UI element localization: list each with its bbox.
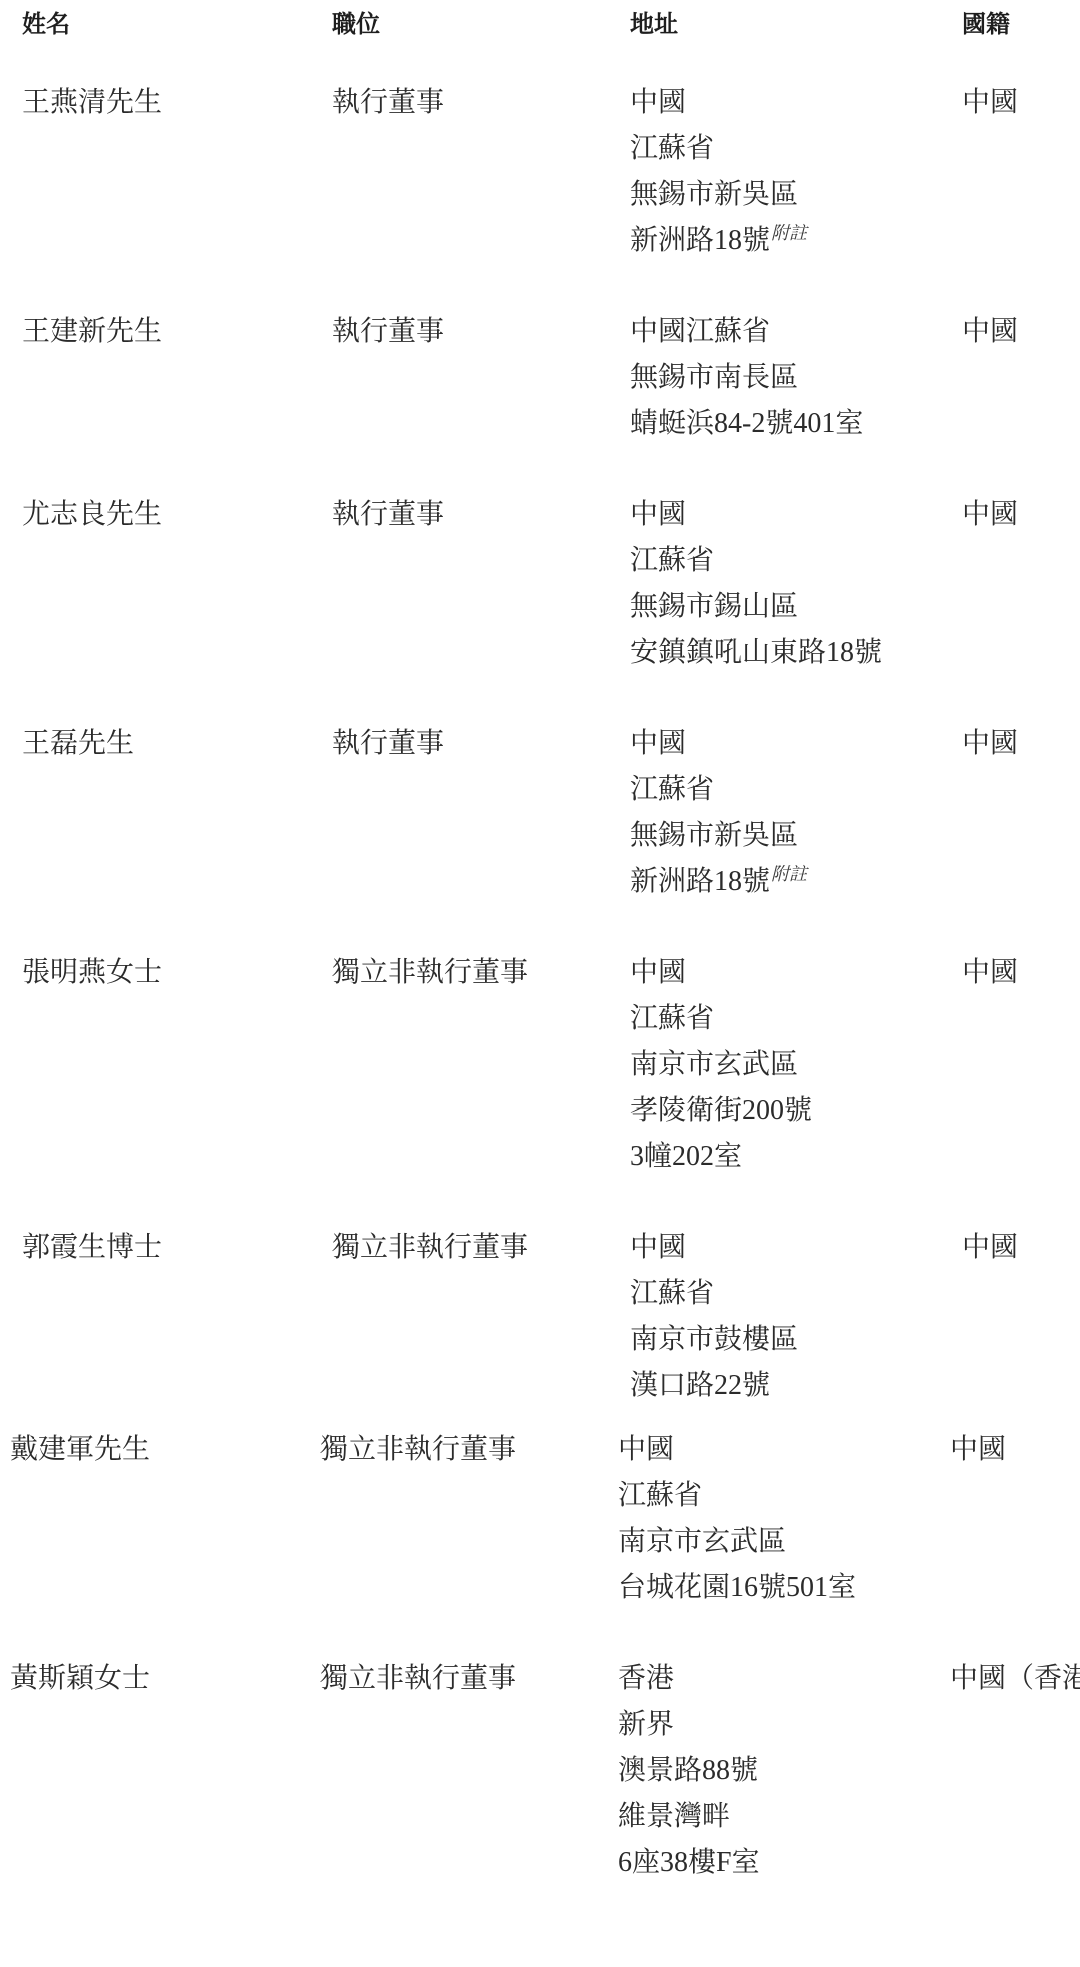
footnote-reference: 附註: [771, 223, 807, 243]
director-position: 執行董事: [332, 80, 630, 264]
address-line: 中國: [630, 950, 962, 996]
director-position: 獨立非執行董事: [320, 1656, 618, 1886]
director-nationality: 中國: [950, 1427, 1068, 1611]
director-name: 戴建軍先生: [10, 1427, 320, 1611]
director-address: 中國江蘇省南京市鼓樓區漢口路22號: [630, 1225, 962, 1409]
address-line: 南京市玄武區: [618, 1519, 950, 1565]
table-row: 張明燕女士 獨立非執行董事 中國江蘇省南京市玄武區孝陵衛街200號3幢202室 …: [0, 950, 1080, 1180]
address-line: 安鎮鎮吼山東路18號: [630, 630, 962, 676]
table-row: 戴建軍先生 獨立非執行董事 中國江蘇省南京市玄武區台城花園16號501室 中國: [0, 1427, 1068, 1611]
address-line: 南京市鼓樓區: [630, 1317, 962, 1363]
director-position: 執行董事: [332, 309, 630, 447]
address-line: 中國: [630, 1225, 962, 1271]
director-position: 獨立非執行董事: [320, 1427, 618, 1611]
director-address: 中國江蘇省南京市玄武區台城花園16號501室: [618, 1427, 950, 1611]
address-line: 新界: [618, 1702, 950, 1748]
director-address: 中國江蘇省無錫市南長區蜻蜓浜84-2號401室: [630, 309, 962, 447]
address-line: 無錫市錫山區: [630, 584, 962, 630]
address-line: 漢口路22號: [630, 1363, 962, 1409]
director-address: 中國江蘇省無錫市新吳區新洲路18號附註: [630, 80, 962, 264]
address-line: 江蘇省: [630, 1271, 962, 1317]
address-line: 蜻蜓浜84-2號401室: [630, 401, 962, 447]
directors-table-page: 姓名 職位 地址 國籍 王燕清先生 執行董事 中國江蘇省無錫市新吳區新洲路18號…: [0, 0, 1080, 1967]
address-line: 中國江蘇省: [630, 309, 962, 355]
director-nationality: 中國: [962, 309, 1080, 447]
address-line: 中國: [630, 492, 962, 538]
address-line: 江蘇省: [618, 1473, 950, 1519]
director-nationality: 中國（香港: [950, 1656, 1080, 1886]
address-line: 無錫市新吳區: [630, 172, 962, 218]
director-nationality: 中國: [962, 950, 1080, 1180]
header-cell-nationality: 國籍: [962, 10, 1080, 40]
director-position: 獨立非執行董事: [332, 950, 630, 1180]
address-line: 台城花園16號501室: [618, 1565, 950, 1611]
address-line: 孝陵衛街200號: [630, 1088, 962, 1134]
director-nationality: 中國: [962, 721, 1080, 905]
director-nationality: 中國: [962, 80, 1080, 264]
table-row: 王建新先生 執行董事 中國江蘇省無錫市南長區蜻蜓浜84-2號401室 中國: [0, 309, 1080, 447]
address-line: 無錫市新吳區: [630, 813, 962, 859]
director-name: 黃斯穎女士: [10, 1656, 320, 1886]
address-line: 新洲路18號附註: [630, 859, 962, 905]
address-line: 江蘇省: [630, 996, 962, 1042]
address-line: 南京市玄武區: [630, 1042, 962, 1088]
address-line: 無錫市南長區: [630, 355, 962, 401]
table-header-row: 姓名 職位 地址 國籍: [0, 0, 1080, 40]
address-line: 江蘇省: [630, 126, 962, 172]
table-row: 王燕清先生 執行董事 中國江蘇省無錫市新吳區新洲路18號附註 中國: [0, 80, 1080, 264]
director-name: 郭霞生博士: [22, 1225, 332, 1409]
table-row: 王磊先生 執行董事 中國江蘇省無錫市新吳區新洲路18號附註 中國: [0, 721, 1080, 905]
address-line: 中國: [630, 80, 962, 126]
table-rows: 王燕清先生 執行董事 中國江蘇省無錫市新吳區新洲路18號附註 中國 王建新先生 …: [0, 80, 1080, 1886]
address-line: 新洲路18號附註: [630, 218, 962, 264]
address-line: 6座38樓F室: [618, 1840, 950, 1886]
director-address: 香港新界澳景路88號維景灣畔6座38樓F室: [618, 1656, 950, 1886]
address-line: 澳景路88號: [618, 1748, 950, 1794]
table-row: 尤志良先生 執行董事 中國江蘇省無錫市錫山區安鎮鎮吼山東路18號 中國: [0, 492, 1080, 676]
footnote-reference: 附註: [771, 864, 807, 884]
table-row: 黃斯穎女士 獨立非執行董事 香港新界澳景路88號維景灣畔6座38樓F室 中國（香…: [0, 1656, 1068, 1886]
table-row: 郭霞生博士 獨立非執行董事 中國江蘇省南京市鼓樓區漢口路22號 中國: [0, 1225, 1080, 1409]
director-position: 獨立非執行董事: [332, 1225, 630, 1409]
director-address: 中國江蘇省南京市玄武區孝陵衛街200號3幢202室: [630, 950, 962, 1180]
address-line: 香港: [618, 1656, 950, 1702]
director-name: 王燕清先生: [22, 80, 332, 264]
address-line: 維景灣畔: [618, 1794, 950, 1840]
director-position: 執行董事: [332, 492, 630, 676]
address-line: 中國: [630, 721, 962, 767]
address-line: 中國: [618, 1427, 950, 1473]
director-nationality: 中國: [962, 1225, 1080, 1409]
address-line: 江蘇省: [630, 538, 962, 584]
director-name: 尤志良先生: [22, 492, 332, 676]
director-name: 王磊先生: [22, 721, 332, 905]
address-line: 江蘇省: [630, 767, 962, 813]
director-nationality: 中國: [962, 492, 1080, 676]
director-address: 中國江蘇省無錫市錫山區安鎮鎮吼山東路18號: [630, 492, 962, 676]
header-cell-address: 地址: [630, 10, 962, 40]
director-position: 執行董事: [332, 721, 630, 905]
director-name: 王建新先生: [22, 309, 332, 447]
header-cell-position: 職位: [332, 10, 630, 40]
director-address: 中國江蘇省無錫市新吳區新洲路18號附註: [630, 721, 962, 905]
director-name: 張明燕女士: [22, 950, 332, 1180]
address-line: 3幢202室: [630, 1134, 962, 1180]
header-cell-name: 姓名: [22, 10, 332, 40]
